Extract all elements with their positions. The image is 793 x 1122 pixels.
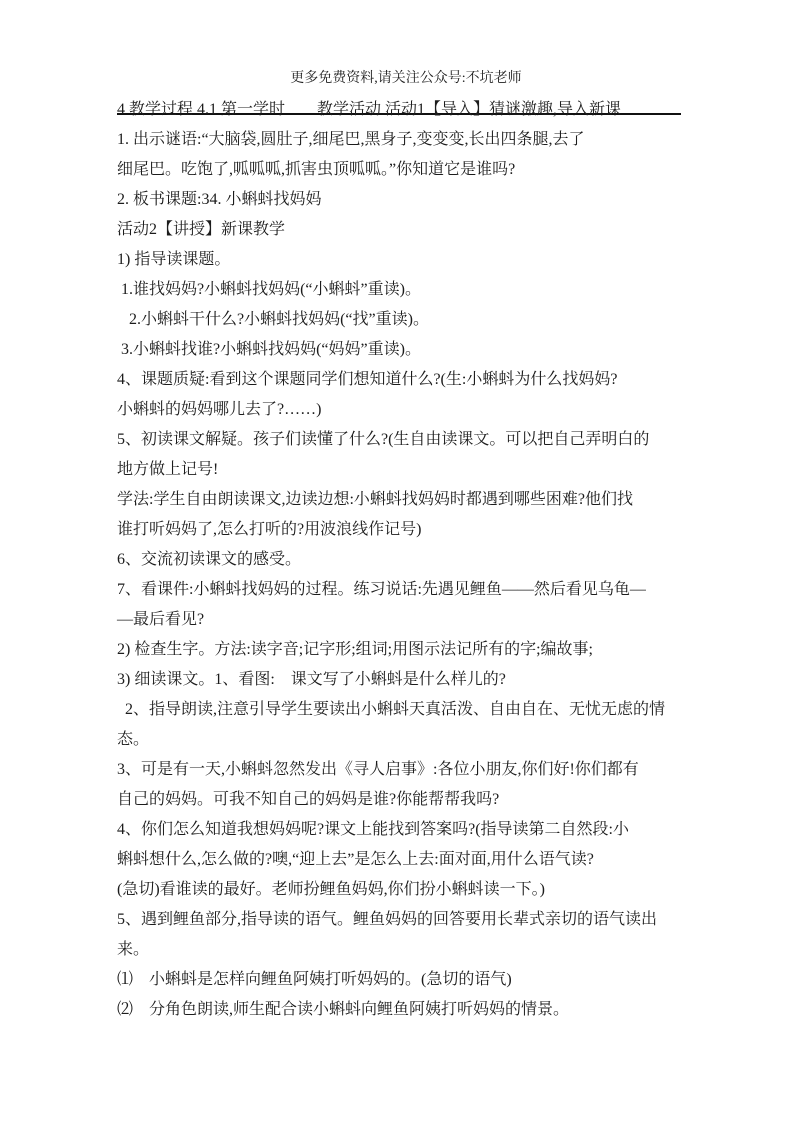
document-page: 更多免费资料,请关注公众号:不坑老师 4 教学过程 4.1 第一学时 教学活动 … [0, 0, 793, 1122]
text-line-activity2-title: 活动2【讲授】新课教学 [117, 215, 683, 245]
text-line-riddle-1: 1. 出示谜语:“大脑袋,圆肚子,细尾巴,黑身子,变变变,长出四条腿,去了 [117, 125, 683, 155]
text-line-courseware-1: 7、看课件:小蝌蚪找妈妈的过程。练习说话:先遇见鲤鱼——然后看见乌龟— [117, 575, 683, 605]
text-line-courseware-2: —最后看见? [117, 605, 683, 635]
text-line-check-characters: 2) 检查生字。方法:读字音;记字形;组词;用图示法记所有的字;编故事; [117, 635, 683, 665]
text-line-riddle-2: 细尾巴。吃饱了,呱呱呱,抓害虫顶呱呱。”你知道它是谁吗? [117, 155, 683, 185]
text-line-board-title: 2. 板书课题:34. 小蝌蚪找妈妈 [117, 185, 683, 215]
text-line-topic-doubt-2: 小蝌蚪的妈妈哪儿去了?……) [117, 395, 683, 425]
text-line-question-3: 3.小蝌蚪找谁?小蝌蚪找妈妈(“妈妈”重读)。 [117, 335, 683, 365]
text-line-method-1: 学法:学生自由朗读课文,边读边想:小蝌蚪找妈妈时都遇到哪些困难?他们找 [117, 485, 683, 515]
text-line-paragraph2-2: 蝌蚪想什么,怎么做的?噢,“迎上去”是怎么上去:面对面,用什么语气读? [117, 845, 683, 875]
text-line-subitem-2: ⑵ 分角色朗读,师生配合读小蝌蚪向鲤鱼阿姨打听妈妈的情景。 [117, 995, 683, 1025]
document-body: 4 教学过程 4.1 第一学时 教学活动 活动1【导入】猜谜激趣,导入新课 1.… [117, 95, 683, 1025]
text-line-missing-notice-2: 自己的妈妈。可我不知自己的妈妈是谁?你能帮帮我吗? [117, 785, 683, 815]
text-line-first-reading-1: 5、初读课文解疑。孩子们读懂了什么?(生自由读课文。可以把自己弄明白的 [117, 425, 683, 455]
text-line-guide-reading: 1) 指导读课题。 [117, 245, 683, 275]
text-line-carp-section-2: 来。 [117, 935, 683, 965]
text-line-close-reading: 3) 细读课文。1、看图: 课文写了小蝌蚪是什么样儿的? [117, 665, 683, 695]
header-notice: 更多免费资料,请关注公众号:不坑老师 [290, 71, 521, 86]
text-line-carp-section-1: 5、遇到鲤鱼部分,指导读的语气。鲤鱼妈妈的回答要用长辈式亲切的语气读出 [117, 905, 683, 935]
text-line-guide-reading-aloud-2: 态。 [117, 725, 683, 755]
text-line-subitem-1: ⑴ 小蝌蚪是怎样向鲤鱼阿姨打听妈妈的。(急切的语气) [117, 965, 683, 995]
text-line-topic-doubt-1: 4、课题质疑:看到这个课题同学们想知道什么?(生:小蝌蚪为什么找妈妈? [117, 365, 683, 395]
text-line-guide-reading-aloud-1: 2、指导朗读,注意引导学生要读出小蝌蚪天真活泼、自由自在、无忧无虑的情 [117, 695, 683, 725]
text-line-missing-notice-1: 3、可是有一天,小蝌蚪忽然发出《寻人启事》:各位小朋友,你们好!你们都有 [117, 755, 683, 785]
text-line-paragraph2-3: (急切)看谁读的最好。老师扮鲤鱼妈妈,你们扮小蝌蚪读一下。) [117, 875, 683, 905]
text-line-first-reading-2: 地方做上记号! [117, 455, 683, 485]
text-line-paragraph2-1: 4、你们怎么知道我想妈妈呢?课文上能找到答案吗?(指导读第二自然段:小 [117, 815, 683, 845]
text-line-activity1-title: 4 教学过程 4.1 第一学时 教学活动 活动1【导入】猜谜激趣,导入新课 [117, 95, 683, 125]
text-line-question-1: 1.谁找妈妈?小蝌蚪找妈妈(“小蝌蚪”重读)。 [117, 275, 683, 305]
text-line-exchange-feelings: 6、交流初读课文的感受。 [117, 545, 683, 575]
text-line-question-2: 2.小蝌蚪干什么?小蝌蚪找妈妈(“找”重读)。 [117, 305, 683, 335]
text-line-method-2: 谁打听妈妈了,怎么打听的?用波浪线作记号) [117, 515, 683, 545]
